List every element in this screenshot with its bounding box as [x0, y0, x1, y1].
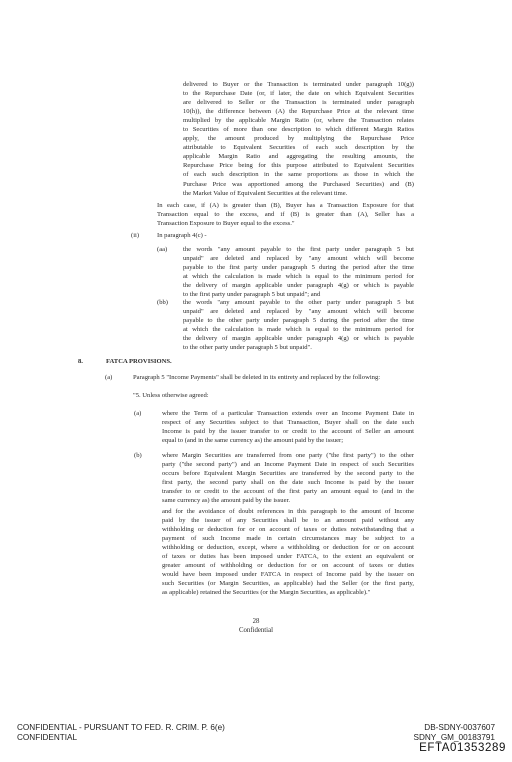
text-line: respect of any Securities subject to tha…: [162, 418, 414, 427]
text-line: Income is paid by the issuer transfer to…: [162, 427, 414, 436]
text-line: transfer to or credit to the account of …: [162, 487, 414, 496]
text-line: occurs before Equivalent Margin Securiti…: [162, 469, 414, 478]
text-line: to the Repurchase Date (or, if later, th…: [183, 89, 414, 98]
text-line: unpaid" are deleted and replaced by "any…: [183, 254, 414, 263]
text-line: the words "any amount payable to the oth…: [183, 298, 414, 307]
text-line: withholding or deduction, except, where …: [162, 543, 414, 552]
sub-a-paragraph: where the Term of a particular Transacti…: [162, 409, 414, 445]
footer-bates-db: DB-SDNY-0037607: [414, 723, 495, 733]
text-line: equal to (and in the same currency as) t…: [162, 436, 414, 445]
page-number: 28: [226, 617, 286, 626]
text-line: where the Term of a particular Transacti…: [162, 409, 414, 418]
text-line: the words "any amount payable to the fir…: [183, 245, 414, 254]
text-line: the delivery of margin applicable under …: [183, 334, 414, 343]
text-line: the Market Value of Equivalent Securitie…: [183, 189, 414, 198]
text-line: paid by the issuer of any Securities sha…: [162, 516, 414, 525]
text-line: Purchase Price was apportioned among the…: [183, 180, 414, 189]
efta-id: EFTA01353289: [419, 742, 506, 754]
text-line: Transaction equal to the excess, and if …: [157, 210, 414, 219]
text-line: Transaction Exposure to Buyer equal to t…: [157, 219, 414, 228]
text-line: greater amount of withholding or deducti…: [162, 561, 414, 570]
text-line: unpaid" are deleted and replaced by "any…: [183, 307, 414, 316]
text-line: applicable Margin Ratio and aggregating …: [183, 152, 414, 161]
text-line: In each case, if (A) is greater than (B)…: [157, 201, 414, 210]
item-ii-text: In paragraph 4(c) -: [157, 231, 207, 240]
text-line: of taxes or duties has been imposed unde…: [162, 552, 414, 561]
avoidance-paragraph: and for the avoidance of doubt reference…: [162, 507, 414, 597]
text-line: of each such description in the same pro…: [183, 170, 414, 179]
footer-right: DB-SDNY-0037607 SDNY_GM_00183791: [414, 723, 495, 743]
text-line: first party, the second party shall on t…: [162, 478, 414, 487]
text-line: withholding or deduction for or on accou…: [162, 525, 414, 534]
item-aa-paragraph: the words "any amount payable to the fir…: [183, 245, 414, 299]
footer-left: CONFIDENTIAL - PURSUANT TO FED. R. CRIM.…: [17, 723, 225, 743]
document-page: delivered to Buyer or the Transaction is…: [0, 0, 512, 762]
sub-a-label: (a): [134, 409, 141, 418]
text-line: Repurchase Price being for this purpose …: [183, 161, 414, 170]
text-line: the delivery of margin applicable under …: [183, 281, 414, 290]
page-number-block: 28 Confidential: [226, 617, 286, 635]
text-line: are delivered to Seller or the Transacti…: [183, 98, 414, 107]
text-line: payable to the first party under paragra…: [183, 263, 414, 272]
text-line: same currency as) the amount paid by the…: [162, 496, 414, 505]
text-line: at which the calculation is made which i…: [183, 325, 414, 334]
page-confidential-label: Confidential: [226, 626, 286, 635]
section-heading: FATCA PROVISIONS.: [106, 357, 172, 366]
quote-intro: "5. Unless otherwise agreed:: [133, 391, 209, 400]
text-line: delivered to Buyer or the Transaction is…: [183, 80, 414, 89]
text-line: multiplied by the applicable Margin Rati…: [183, 116, 414, 125]
section-number: 8.: [78, 357, 83, 366]
text-line: payable to the other party under paragra…: [183, 316, 414, 325]
in-each-case-paragraph: In each case, if (A) is greater than (B)…: [157, 201, 414, 228]
text-line: such Securities (or Margin Securities, a…: [162, 579, 414, 588]
sub-b-label: (b): [134, 451, 142, 460]
text-line: attributable to Equivalent Securities of…: [183, 143, 414, 152]
item-bb-paragraph: the words "any amount payable to the oth…: [183, 298, 414, 352]
text-line: to Securities of more than one descripti…: [183, 125, 414, 134]
text-line: apply, the amount produced by multiplyin…: [183, 134, 414, 143]
sub-b-paragraph: where Margin Securities are transferred …: [162, 451, 414, 505]
continuation-paragraph: delivered to Buyer or the Transaction is…: [183, 80, 414, 198]
text-line: would have been imposed under FATCA in r…: [162, 570, 414, 579]
text-line: at which the calculation is made which i…: [183, 272, 414, 281]
text-line: party ("the second party") and an Income…: [162, 460, 414, 469]
item-a-label: (a): [105, 373, 112, 382]
text-line: to the other party under paragraph 5 but…: [183, 343, 414, 352]
item-aa-label: (aa): [157, 245, 167, 254]
text-line: and for the avoidance of doubt reference…: [162, 507, 414, 516]
item-ii-label: (ii): [131, 231, 139, 240]
footer-confidential: CONFIDENTIAL: [17, 733, 225, 743]
text-line: 10(h)), the difference between (A) the R…: [183, 107, 414, 116]
footer-confidential-pursuant: CONFIDENTIAL - PURSUANT TO FED. R. CRIM.…: [17, 723, 225, 733]
text-line: payment of such Income made in certain c…: [162, 534, 414, 543]
item-a-text: Paragraph 5 "Income Payments" shall be d…: [133, 373, 380, 382]
text-line: where Margin Securities are transferred …: [162, 451, 414, 460]
item-bb-label: (bb): [157, 298, 168, 307]
text-line: as applicable) retained the Securities (…: [162, 588, 414, 597]
